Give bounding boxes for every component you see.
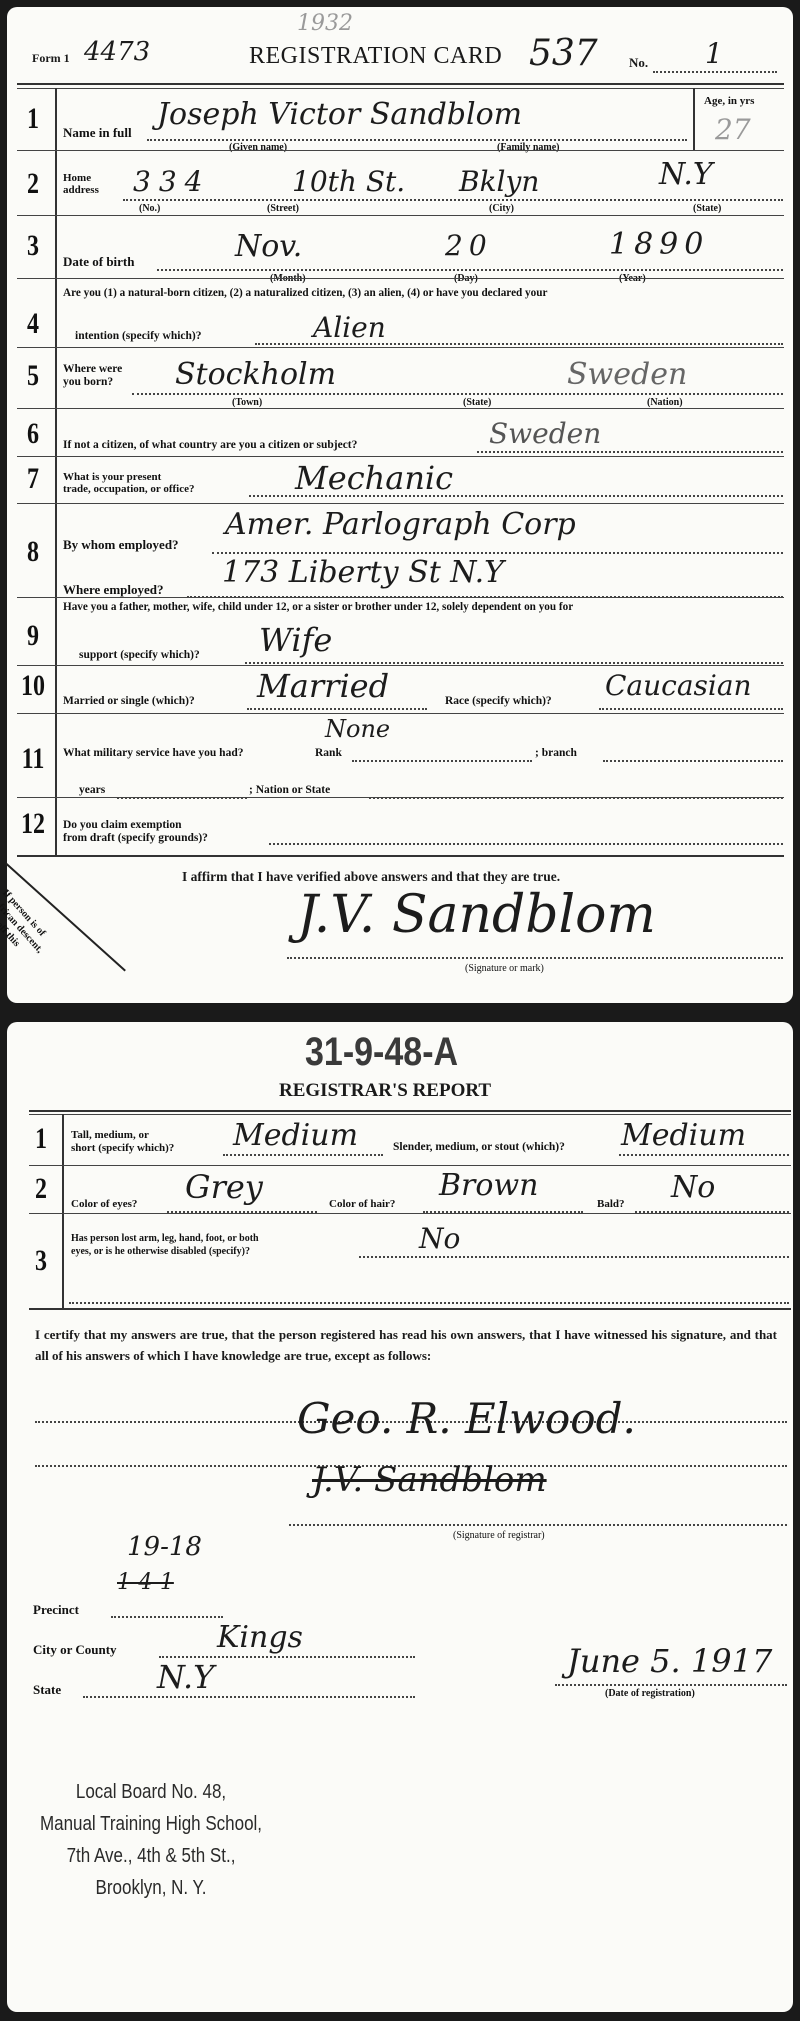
eye-color-value: Grey — [185, 1168, 263, 1206]
branch-line — [603, 760, 783, 762]
dob-month: Nov. — [235, 229, 302, 264]
street-caption: (Street) — [267, 203, 299, 214]
occupation-label: What is your present trade, occupation, … — [63, 471, 194, 495]
label-line: Where were — [63, 363, 122, 376]
citizen-country-label: If not a citizen, of what country are yo… — [63, 439, 357, 451]
label-line: eyes, or is he otherwise disabled (speci… — [71, 1245, 259, 1258]
disability-value: No — [419, 1222, 460, 1255]
state-caption: (State) — [463, 397, 491, 408]
nation-state-label: ; Nation or State — [249, 784, 330, 796]
card-title: REGISTRATION CARD — [249, 43, 502, 70]
form-number: 4473 — [84, 37, 150, 67]
registration-date-line — [555, 1684, 787, 1686]
row-number: 3 — [25, 1244, 57, 1278]
citizen-country-value: Sweden — [489, 417, 601, 450]
birth-town: Stockholm — [175, 357, 336, 392]
label-line: Tall, medium, or — [71, 1129, 174, 1142]
local-board-stamp: Local Board No. 48, Manual Training High… — [15, 1776, 287, 1904]
dob-day: 20 — [445, 229, 493, 262]
employer-line — [212, 552, 783, 554]
build-value: Medium — [621, 1118, 746, 1153]
address-street: 10th St. — [292, 165, 405, 198]
age-column-divider — [693, 88, 695, 150]
row-number: 1 — [25, 1122, 57, 1156]
label-line: address — [63, 184, 99, 196]
no-caption: (No.) — [139, 203, 160, 214]
label-line: What is your present — [63, 471, 194, 483]
label-line: Do you claim exemption — [63, 819, 208, 832]
row-divider — [29, 1165, 791, 1166]
disability-label: Has person lost arm, leg, hand, foot, or… — [71, 1232, 259, 1258]
build-line — [619, 1154, 789, 1156]
pencil-year-note: 1932 — [297, 11, 353, 36]
citizen-country-line — [477, 451, 783, 453]
hair-color-label: Color of hair? — [329, 1198, 395, 1210]
hair-color-value: Brown — [439, 1168, 538, 1203]
eye-color-label: Color of eyes? — [71, 1198, 137, 1210]
age-header: Age, in yrs — [704, 95, 754, 107]
military-label: What military service have you had? — [63, 747, 243, 759]
registrar-signature-caption: (Signature of registrar) — [453, 1530, 545, 1541]
exemption-label: Do you claim exemption from draft (speci… — [63, 819, 208, 845]
work-location-label: Where employed? — [63, 582, 164, 598]
age-value: 27 — [715, 113, 751, 146]
row-divider — [17, 347, 784, 348]
registrar-signature-line — [289, 1524, 787, 1526]
bald-label: Bald? — [597, 1198, 625, 1210]
stamp-line: Local Board No. 48, — [15, 1776, 287, 1808]
certification-text: I certify that my answers are true, that… — [35, 1324, 777, 1366]
dependents-label: support (specify which)? — [79, 649, 200, 661]
exemption-line — [269, 843, 783, 845]
registrar-signature: Geo. R. Elwood. — [297, 1394, 636, 1443]
race-line — [599, 708, 783, 710]
row-divider — [17, 797, 784, 798]
signature-caption: (Signature or mark) — [465, 963, 544, 974]
row-divider — [17, 456, 784, 457]
label-line: you born? — [63, 376, 122, 389]
birthplace-line — [132, 393, 783, 395]
no-value: 1 — [705, 37, 723, 70]
dob-label: Date of birth — [63, 254, 135, 270]
dependents-line — [245, 662, 783, 664]
row-divider — [17, 215, 784, 216]
stamp-number: 31-9-48-A — [305, 1030, 458, 1075]
row-number: 2 — [17, 167, 49, 201]
nation-caption: (Nation) — [647, 397, 683, 408]
marital-label: Married or single (which)? — [63, 695, 195, 707]
label-line: short (specify which)? — [71, 1142, 174, 1155]
row-number: 5 — [17, 359, 49, 393]
name-value: Joseph Victor Sandblom — [157, 97, 522, 132]
label-line: Home — [63, 172, 99, 184]
registration-date-value: June 5. 1917 — [567, 1642, 772, 1680]
name-label: Name in full — [63, 125, 132, 141]
row-divider — [17, 408, 784, 409]
no-label: No. — [629, 55, 648, 71]
row-number: 8 — [17, 535, 49, 569]
town-caption: (Town) — [232, 397, 262, 408]
city-caption: (City) — [489, 203, 514, 214]
registrant-signature: J.V. Sandblom — [297, 885, 656, 945]
struck-signature: J.V. Sandblom — [312, 1460, 547, 1500]
dependents-value: Wife — [259, 621, 332, 659]
occupation-value: Mechanic — [295, 459, 453, 497]
address-state: N.Y — [659, 157, 713, 192]
dob-year: 1890 — [609, 227, 709, 262]
dob-line — [157, 269, 783, 271]
height-label: Tall, medium, or short (specify which)? — [71, 1129, 174, 1155]
row-number: 9 — [17, 619, 49, 653]
row-number: 10 — [17, 669, 49, 703]
precinct-value: 19-18 — [127, 1532, 202, 1562]
row-number: 11 — [17, 742, 49, 776]
precinct-label: Precinct — [33, 1602, 79, 1618]
address-line — [123, 199, 783, 201]
city-county-label: City or County — [33, 1642, 117, 1658]
signature-line — [287, 957, 783, 959]
race-label: Race (specify which)? — [445, 695, 552, 707]
registration-card: 1932 Form 1 4473 REGISTRATION CARD 537 N… — [7, 7, 793, 1003]
state-label: State — [33, 1682, 61, 1698]
no-line — [653, 71, 777, 73]
dependents-question: Have you a father, mother, wife, child u… — [63, 601, 573, 613]
address-city: Bklyn — [459, 165, 539, 198]
state-line — [83, 1696, 415, 1698]
row-divider — [17, 713, 784, 714]
marital-value: Married — [257, 667, 389, 705]
row-number: 2 — [25, 1172, 57, 1206]
table-bottom-rule — [17, 855, 784, 857]
build-label: Slender, medium, or stout (which)? — [393, 1141, 565, 1153]
stamp-line: Brooklyn, N. Y. — [15, 1872, 287, 1904]
row-number: 1 — [17, 102, 49, 136]
row-number: 4 — [17, 307, 49, 341]
rank-label: Rank — [315, 747, 342, 759]
military-value: None — [325, 715, 390, 743]
state-caption: (State) — [693, 203, 721, 214]
row-divider — [17, 503, 784, 504]
row-number: 3 — [17, 229, 49, 263]
header-rule — [29, 1110, 791, 1112]
row-divider — [29, 1213, 791, 1214]
branch-label: ; branch — [535, 747, 577, 759]
height-value: Medium — [233, 1118, 358, 1153]
home-address-label: Home address — [63, 172, 99, 196]
form-label: Form 1 — [32, 51, 70, 66]
row-divider — [17, 665, 784, 666]
state-value: N.Y — [157, 1658, 214, 1696]
serial-number-handwritten: 537 — [529, 33, 598, 74]
row-number: 6 — [17, 417, 49, 451]
row-divider — [17, 278, 784, 279]
precinct-struck-value: 1-4-1 — [117, 1570, 174, 1595]
number-column-divider — [62, 1114, 64, 1308]
label-line: trade, occupation, or office? — [63, 483, 194, 495]
birthplace-label: Where were you born? — [63, 363, 122, 389]
name-line — [147, 139, 687, 141]
work-location-value: 173 Liberty St N.Y — [222, 555, 504, 590]
header-rule-2 — [17, 88, 784, 89]
header-rule-2 — [29, 1114, 791, 1115]
height-line — [223, 1154, 383, 1156]
family-name-caption: (Family name) — [497, 142, 560, 153]
label-line: Has person lost arm, leg, hand, foot, or… — [71, 1232, 259, 1245]
disability-line-2 — [69, 1302, 789, 1304]
stamp-line: Manual Training High School, — [15, 1808, 287, 1840]
header-rule — [17, 83, 784, 85]
row-number: 7 — [17, 462, 49, 496]
citizenship-question: Are you (1) a natural-born citizen, (2) … — [63, 287, 547, 299]
employer-label: By whom employed? — [63, 537, 179, 553]
citizenship-value: Alien — [313, 311, 386, 344]
table-bottom-rule — [29, 1308, 791, 1310]
row-divider — [17, 597, 784, 598]
given-name-caption: (Given name) — [229, 142, 287, 153]
bald-value: No — [671, 1170, 715, 1205]
employer-value: Amer. Parlograph Corp — [225, 507, 576, 542]
report-title: REGISTRAR'S REPORT — [279, 1080, 491, 1102]
marital-line — [247, 708, 427, 710]
address-number: 334 — [133, 165, 210, 198]
city-county-value: Kings — [217, 1620, 303, 1655]
precinct-line — [111, 1616, 223, 1618]
stamp-line: 7th Ave., 4th & 5th St., — [15, 1840, 287, 1872]
years-label: years — [79, 784, 105, 796]
row-number: 12 — [17, 807, 49, 841]
label-line: from draft (specify grounds)? — [63, 832, 208, 845]
rank-line — [352, 760, 532, 762]
race-value: Caucasian — [605, 669, 752, 702]
registration-date-caption: (Date of registration) — [605, 1688, 695, 1699]
affirmation-text: I affirm that I have verified above answ… — [182, 869, 560, 885]
registrars-report-card: 31-9-48-A REGISTRAR'S REPORT 1 Tall, med… — [7, 1022, 793, 2012]
number-column-divider — [55, 88, 57, 855]
citizenship-label: intention (specify which)? — [75, 330, 202, 342]
birth-nation: Sweden — [567, 357, 687, 392]
row-divider — [17, 150, 784, 151]
disability-line — [359, 1256, 789, 1258]
